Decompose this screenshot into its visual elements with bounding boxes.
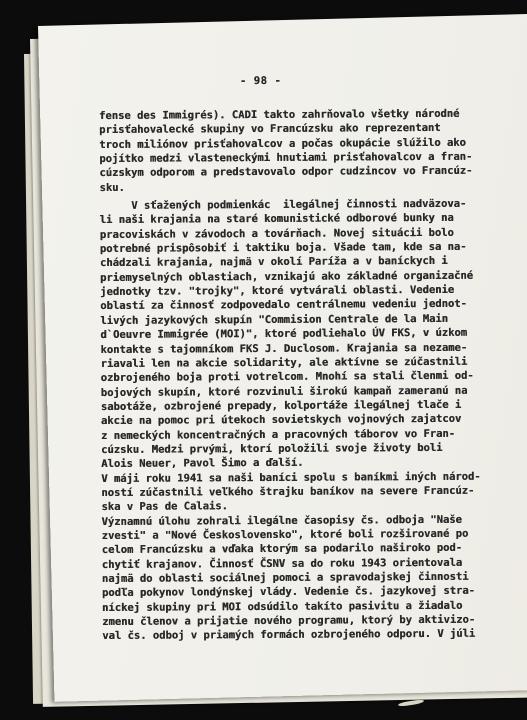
text-line: sku. [99,178,491,195]
page-content: - 98 - fense des Immigrés). CADI takto z… [0,0,527,720]
text-line: cúzsku. Medzi prvými, ktorí položili svo… [101,440,493,457]
text-line: val čs. odboj v priamých formách ozbroje… [102,627,494,644]
text-line: cúzskym odporom a predstavovalo odpor cu… [99,164,491,181]
body-text: fense des Immigrés). CADI takto zahrňova… [99,107,494,644]
scanned-document: - 98 - fense des Immigrés). CADI takto z… [0,0,527,720]
text-line: ností zúčastnili veľkého štrajku baníkov… [101,484,493,501]
page-number: - 98 - [240,75,282,87]
